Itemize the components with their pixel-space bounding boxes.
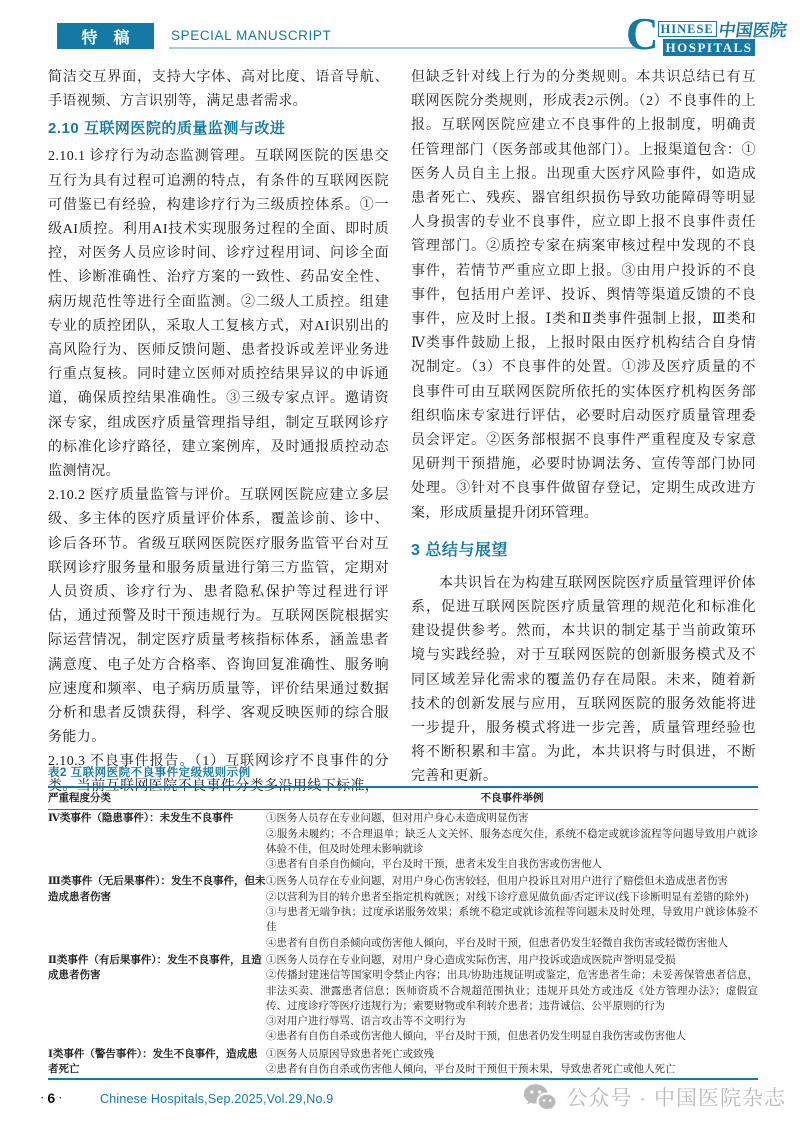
example-line: ③对用户进行辱骂、语言攻击等不文明行为 xyxy=(266,1014,758,1029)
example-line: ①医务人员原因导致患者死亡或致残 xyxy=(266,1047,758,1062)
example-line: ②服务未履约；不合理退单；缺乏人文关怀、服务态度欠佳，系统不稳定或就诊流程等问题… xyxy=(266,827,758,858)
rules-table-body: Ⅳ类事件（隐患事件）：未发生不良事件①医务人员存在专业问题，但对用户身心未造成明… xyxy=(48,810,758,1080)
examples-cell: ①医务人员存在专业问题，对用户身心伤害较轻，但用户投诉且对用户进行了赔偿但未造成… xyxy=(266,873,758,951)
section-heading: 3 总结与展望 xyxy=(411,538,756,564)
body-paragraph: 简洁交互界面，支持大字体、高对比度、语音导航、手语视频、方言识别等，满足患者需求… xyxy=(48,66,389,114)
severity-category-cell: Ⅱ类事件（有后果事件）：发生不良事件，且造成患者伤害 xyxy=(48,952,266,1046)
body-paragraph: 但缺乏针对线上行为的分类规则。本共识总结已有互联网医院分类规则，形成表2示例。（… xyxy=(411,66,756,526)
wechat-watermark: 公众号 · 中国医院杂志 xyxy=(523,1082,786,1112)
example-line: ①医务人员存在专业问题，但对用户身心未造成明显伤害 xyxy=(266,811,758,826)
col-header-severity: 严重程度分类 xyxy=(48,787,266,810)
logo-hinese: HINESE xyxy=(658,21,717,37)
wechat-icon xyxy=(523,1083,557,1112)
severity-category-cell: Ⅰ类事件（警告事件）：发生不良事件，造成患者死亡 xyxy=(48,1046,266,1080)
journal-citation: Chinese Hospitals,Sep.2025,Vol.29,No.9 xyxy=(100,1092,333,1106)
example-line: ④患者有自伤自杀或伤害他人倾向，平台及时干预，但患者仍发生明显自我伤害或伤害他人 xyxy=(266,1029,758,1044)
example-line: ②传播封建迷信等国家明令禁止内容；出具/协助违规证明或鉴定，危害患者生命；未妥善… xyxy=(266,968,758,1014)
section-heading: 2.10 互联网医院的质量监测与改进 xyxy=(48,116,389,142)
examples-cell: ①医务人员存在专业问题，对用户身心造成实际伤害，用户投诉或造成医院声誉明显受损②… xyxy=(266,952,758,1046)
severity-category-cell: Ⅳ类事件（隐患事件）：未发生不良事件 xyxy=(48,810,266,874)
severity-category-cell: Ⅲ类事件（无后果事件）：发生不良事件，但未造成患者伤害 xyxy=(48,873,266,951)
body-paragraph: 2.10.2 医疗质量监管与评价。互联网医院应建立多层级、多主体的医疗质量评价体… xyxy=(48,484,389,750)
example-line: ②以营利为目的转介患者至指定机构就医；对线下诊疗意见做负面/否定评议(线下诊断明… xyxy=(266,890,758,905)
logo-initial: C xyxy=(626,14,659,54)
column-tag-en: SPECIAL MANUSCRIPT xyxy=(171,28,331,43)
table-row: Ⅲ类事件（无后果事件）：发生不良事件，但未造成患者伤害①医务人员存在专业问题，对… xyxy=(48,873,758,951)
col-header-examples: 不良事件举例 xyxy=(266,787,758,810)
example-line: ①医务人员存在专业问题，对用户身心造成实际伤害，用户投诉或造成医院声誉明显受损 xyxy=(266,953,758,968)
table-row: Ⅱ类事件（有后果事件）：发生不良事件，且造成患者伤害①医务人员存在专业问题，对用… xyxy=(48,952,758,1046)
page-dot-right: · xyxy=(58,1090,62,1106)
logo-line1: HINESE 中国医院 xyxy=(658,20,787,37)
body-paragraph: 2.10.1 诊疗行为动态监测管理。互联网医院的医患交互行为具有过程可追溯的特点… xyxy=(48,145,389,484)
journal-page: 特 稿 SPECIAL MANUSCRIPT C HINESE 中国医院 HOS… xyxy=(0,0,800,1131)
adverse-event-rules-table: 严重程度分类 不良事件举例 Ⅳ类事件（隐患事件）：未发生不良事件①医务人员存在专… xyxy=(48,786,758,1080)
table-header-row: 严重程度分类 不良事件举例 xyxy=(48,787,758,810)
chinese-hospitals-logo: C HINESE 中国医院 HOSPITALS xyxy=(626,14,787,56)
example-line: ③与患者无端争执；过度承诺服务效果；系统不稳定或就诊流程等问题未及时处理，导致用… xyxy=(266,905,758,936)
logo-text-block: HINESE 中国医院 HOSPITALS xyxy=(658,20,787,56)
example-line: ③患者有自杀自伤倾向，平台及时干预，患者未发生自我伤害或伤害他人 xyxy=(266,857,758,872)
article-column-right: 但缺乏针对线上行为的分类规则。本共识总结已有互联网医院分类规则，形成表2示例。（… xyxy=(411,66,756,790)
logo-chinese-name: 中国医院 xyxy=(717,16,789,41)
body-paragraph: 本共识旨在为构建互联网医院医疗质量管理评价体系，促进互联网医院医疗质量管理的规范… xyxy=(411,572,756,790)
adverse-event-table-section: 表2 互联网医院不良事件定级规则示例 严重程度分类 不良事件举例 Ⅳ类事件（隐患… xyxy=(48,764,758,1080)
page-number: ·6· xyxy=(40,1090,62,1106)
example-line: ①医务人员存在专业问题，对用户身心伤害较轻，但用户投诉且对用户进行了赔偿但未造成… xyxy=(266,874,758,889)
table-row: Ⅰ类事件（警告事件）：发生不良事件，造成患者死亡①医务人员原因导致患者死亡或致残… xyxy=(48,1046,758,1080)
examples-cell: ①医务人员原因导致患者死亡或致残②患者有自伤自杀或伤害他人倾向，平台及时干预但干… xyxy=(266,1046,758,1080)
table-title: 表2 互联网医院不良事件定级规则示例 xyxy=(48,764,758,780)
header-rule xyxy=(169,47,641,49)
example-line: ④患者有自伤自杀倾向或伤害他人倾向，平台及时干预，但患者仍发生轻微自我伤害或轻微… xyxy=(266,936,758,951)
watermark-text: 公众号 · 中国医院杂志 xyxy=(566,1082,786,1112)
page-number-value: 6 xyxy=(47,1090,55,1106)
logo-hospitals: HOSPITALS xyxy=(663,39,756,56)
article-column-left: 简洁交互界面，支持大字体、高对比度、语音导航、手语视频、方言识别等，满足患者需求… xyxy=(48,66,389,799)
table-row: Ⅳ类事件（隐患事件）：未发生不良事件①医务人员存在专业问题，但对用户身心未造成明… xyxy=(48,810,758,874)
examples-cell: ①医务人员存在专业问题，但对用户身心未造成明显伤害②服务未履约；不合理退单；缺乏… xyxy=(266,810,758,874)
column-tag-box: 特 稿 xyxy=(57,23,154,49)
example-line: ②患者有自伤自杀或伤害他人倾向，平台及时干预但干预未果，导致患者死亡或他人死亡 xyxy=(266,1062,758,1077)
page-dot-left: · xyxy=(40,1090,44,1106)
column-tag-cn: 特 稿 xyxy=(81,25,129,48)
